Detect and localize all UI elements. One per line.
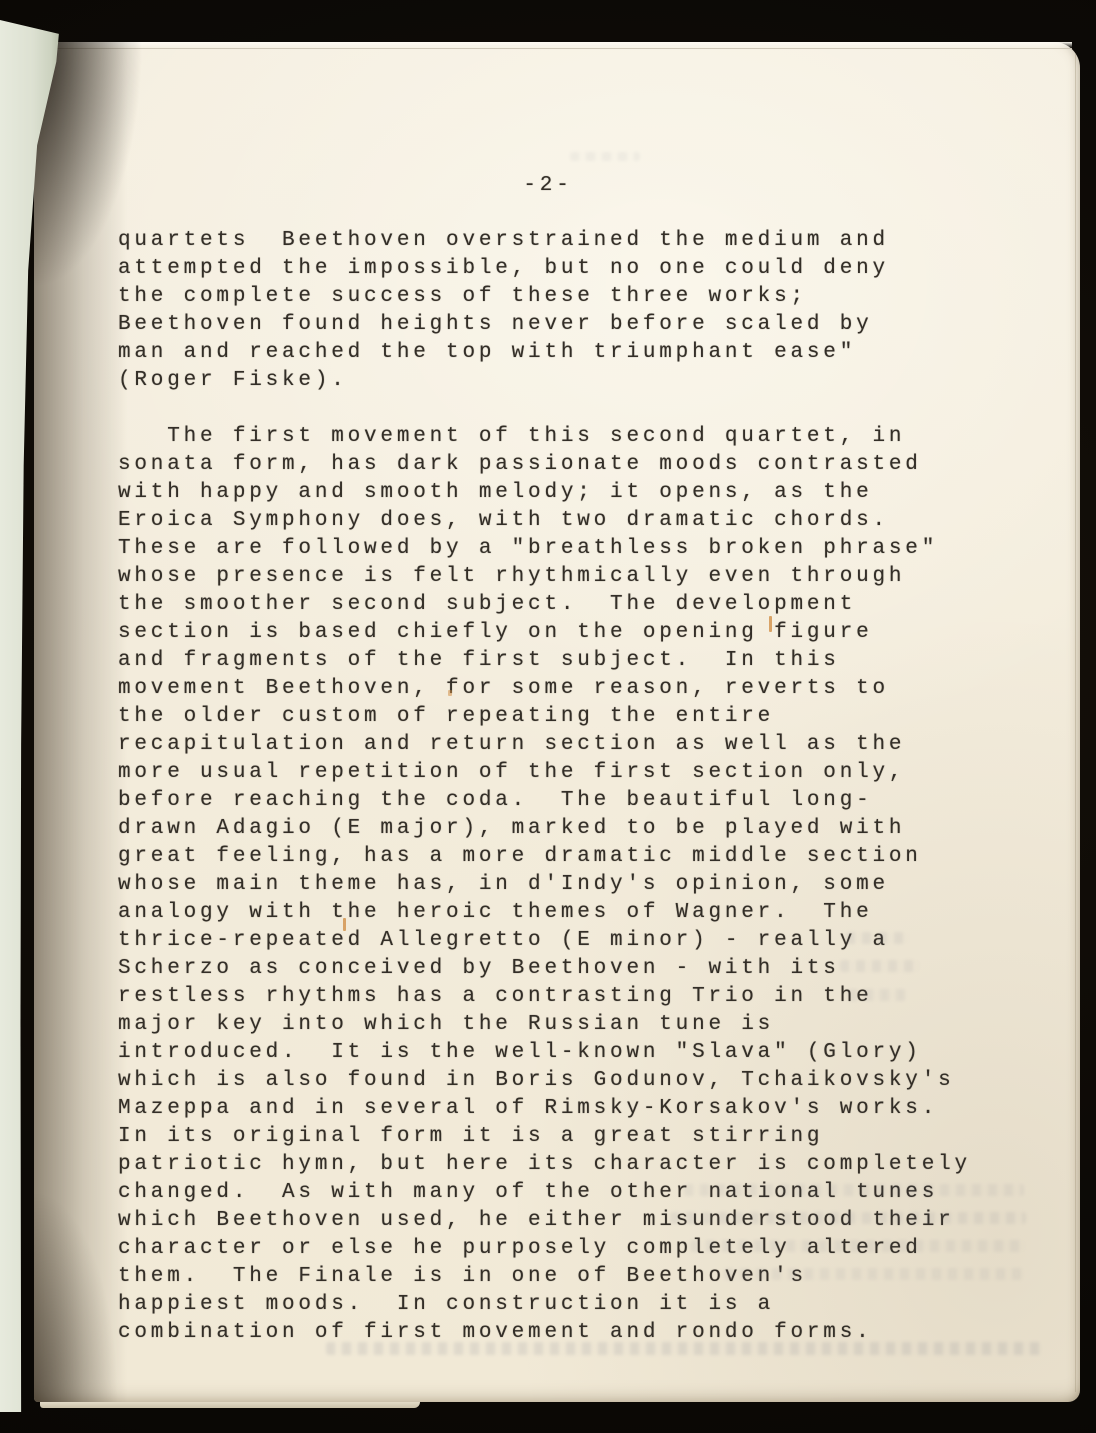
paragraph-first-movement: The first movement of this second quarte… [118, 423, 1048, 1347]
paragraph-quote-fiske: quartets Beethoven overstrained the medi… [118, 227, 1048, 395]
page-top-edge [38, 42, 1072, 49]
page-number: -2- [118, 174, 978, 197]
show-through-mark [570, 152, 640, 161]
typewritten-text: quartets Beethoven overstrained the medi… [118, 227, 1048, 1347]
document-page: -2- quartets Beethoven overstrained the … [34, 42, 1080, 1402]
scanned-book-photo: -2- quartets Beethoven overstrained the … [0, 0, 1096, 1433]
